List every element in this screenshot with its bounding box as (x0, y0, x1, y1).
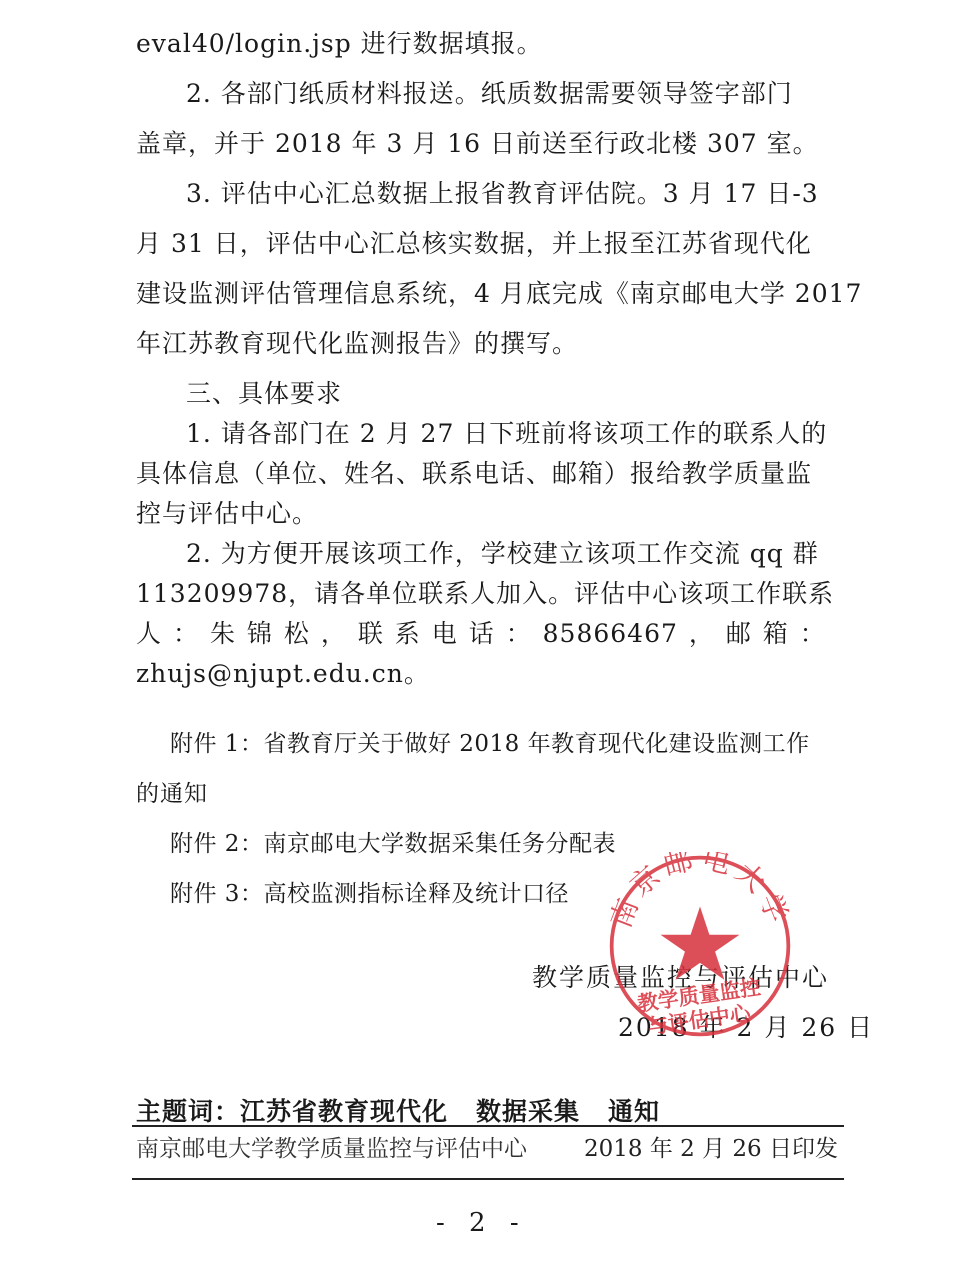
body-line: 3. 评估中心汇总数据上报省教育评估院。3 月 17 日-3 (186, 179, 826, 209)
body-line: 盖章，并于 2018 年 3 月 16 日前送至行政北楼 307 室。 (136, 129, 826, 159)
section-heading: 三、具体要求 (186, 379, 826, 409)
page-number: - 2 - (436, 1208, 527, 1238)
contact-email: zhujs@njupt.edu.cn。 (136, 659, 826, 689)
keywords-label: 主题词： (136, 1097, 240, 1126)
official-seal-icon: 南京邮电大学 教学质量监控 与评估中心 (606, 852, 794, 1040)
keyword: 数据采集 (476, 1097, 580, 1126)
body-line: 具体信息（单位、姓名、联系电话、邮箱）报给教学质量监 (136, 459, 826, 489)
subject-keywords: 主题词：江苏省教育现代化数据采集通知 (136, 1092, 660, 1128)
keyword: 江苏省教育现代化 (240, 1097, 448, 1126)
keyword: 通知 (608, 1097, 660, 1126)
body-line: 年江苏教育现代化监测报告》的撰写。 (136, 329, 826, 359)
contact-line: 人 ： 朱 锦 松 ， 联 系 电 话 ： 85866467 ， 邮 箱 ： (136, 619, 826, 649)
body-line: 2. 各部门纸质材料报送。纸质数据需要领导签字部门 (186, 79, 826, 109)
attachment-1-cont: 的通知 (136, 779, 826, 809)
body-line: 月 31 日，评估中心汇总核实数据，并上报至江苏省现代化 (136, 229, 826, 259)
divider-rule (132, 1178, 844, 1180)
divider-rule (132, 1125, 844, 1127)
body-line: eval40/login.jsp 进行数据填报。 (136, 29, 826, 59)
contact-phone: 85866467 (543, 619, 678, 649)
body-line: 建设监测评估管理信息系统，4 月底完成《南京邮电大学 2017 (136, 279, 826, 309)
issue-date: 2018 年 2 月 26 日印发 (584, 1130, 838, 1163)
body-line: 113209978，请各单位联系人加入。评估中心该项工作联系 (136, 579, 826, 609)
body-line: 2. 为方便开展该项工作，学校建立该项工作交流 qq 群 (186, 539, 826, 569)
body-line: 1. 请各部门在 2 月 27 日下班前将该项工作的联系人的 (186, 419, 826, 449)
attachment-1: 附件 1：省教育厅关于做好 2018 年教育现代化建设监测工作 (170, 729, 860, 759)
issuer: 南京邮电大学教学质量监控与评估中心 (136, 1130, 527, 1163)
body-line: 控与评估中心。 (136, 499, 826, 529)
